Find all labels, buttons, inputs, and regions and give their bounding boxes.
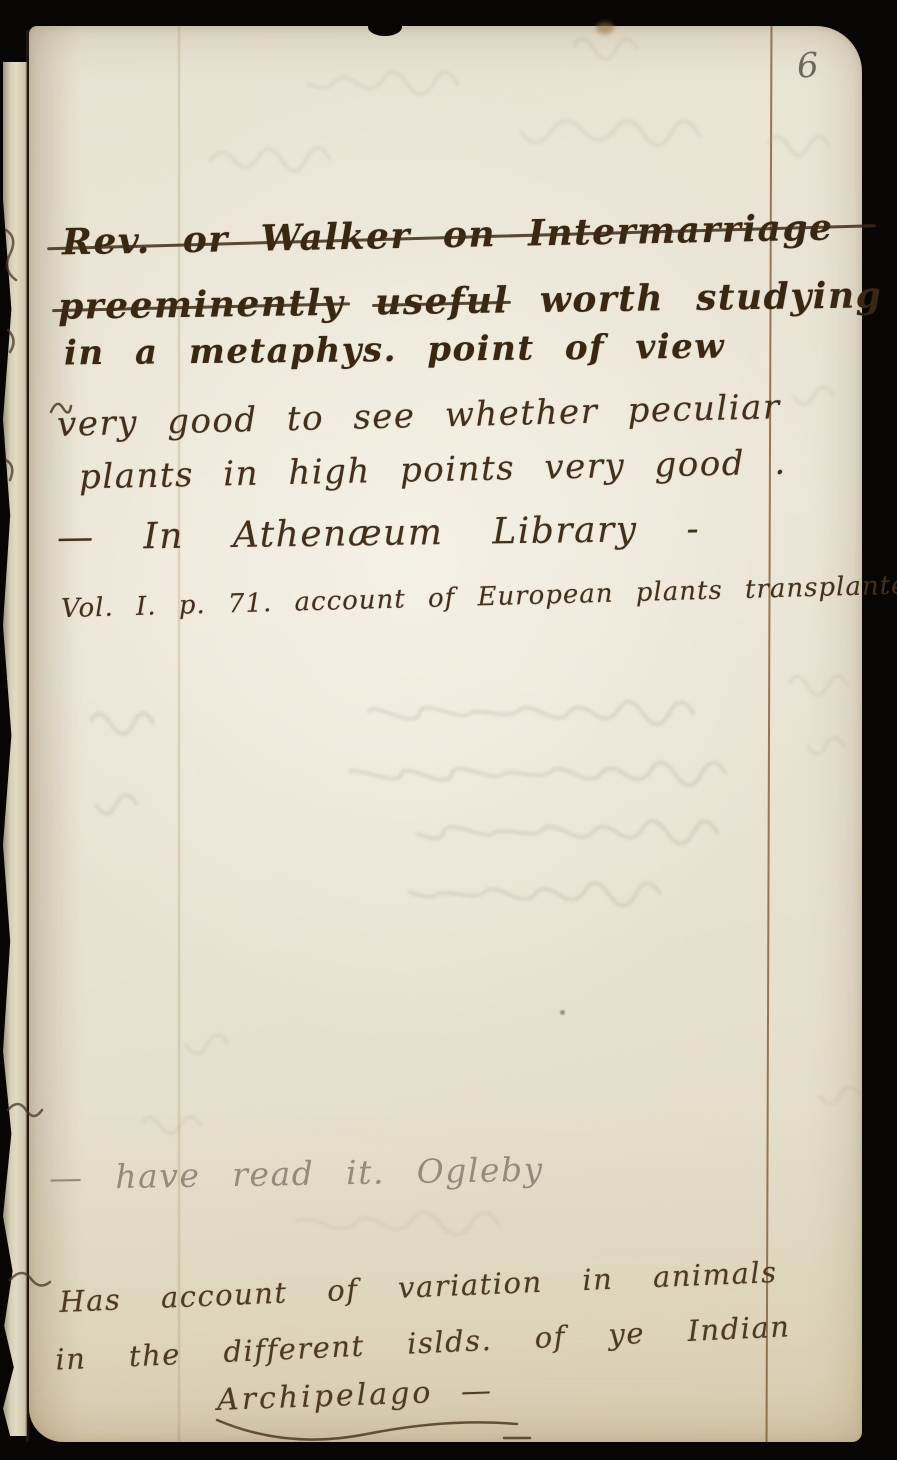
show-through-writing-smudge xyxy=(98,1184,520,1269)
kept-text: worth studying xyxy=(539,274,882,321)
entry-walker-line3: in a metaphys. point of view xyxy=(64,327,725,374)
ink-speck xyxy=(560,1010,565,1015)
stub-ink-marks-top xyxy=(0,210,26,510)
show-through-writing-top xyxy=(56,14,763,238)
notebook-page: 6 Rev. or Walker on Intermarriage preemi… xyxy=(29,26,862,1442)
struck-text: useful xyxy=(375,279,509,323)
page-number: 6 xyxy=(796,45,820,86)
struck-text: preeminently xyxy=(58,282,345,328)
manuscript-scan: 6 Rev. or Walker on Intermarriage preemi… xyxy=(0,0,897,1460)
stub-ink-marks-bottom xyxy=(0,1080,60,1340)
show-through-writing-middle xyxy=(42,661,782,986)
pen-flourish xyxy=(209,1412,539,1452)
top-edge-notch xyxy=(368,18,402,36)
